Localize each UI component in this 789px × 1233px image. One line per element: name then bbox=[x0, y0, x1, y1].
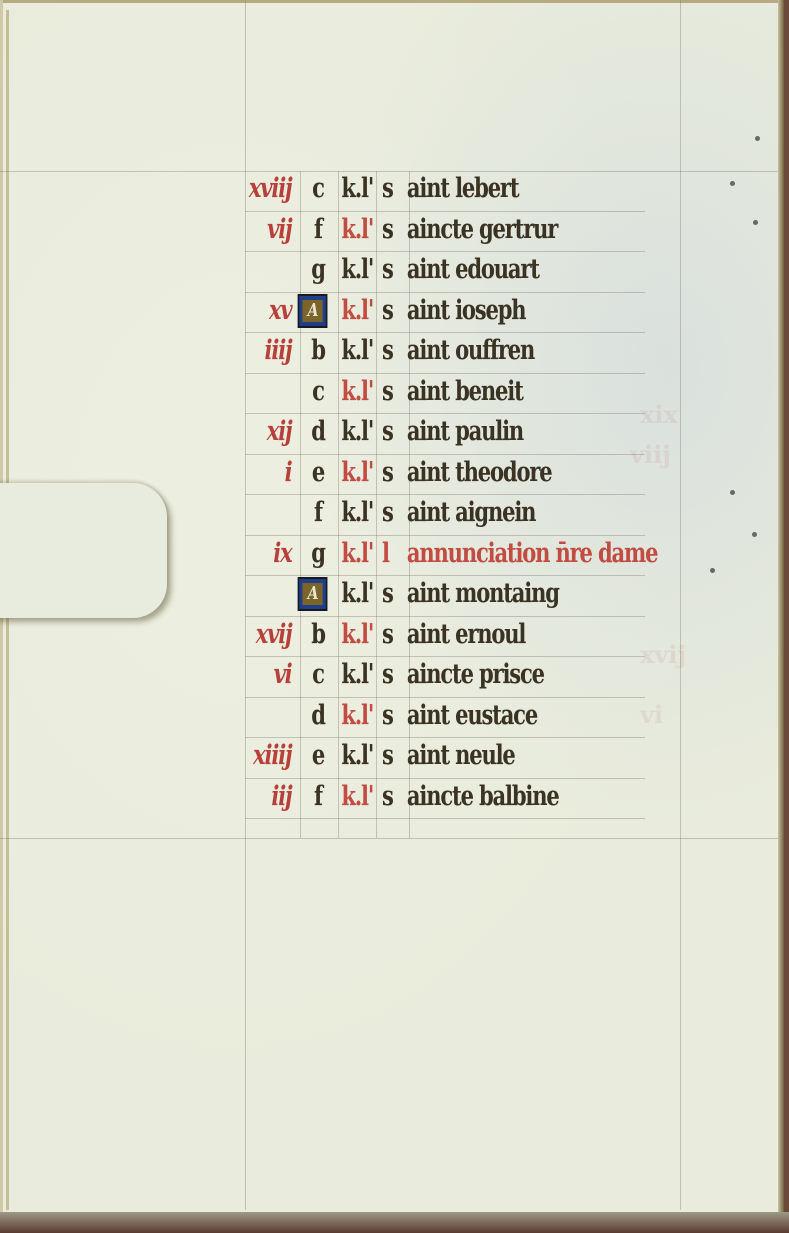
saint-name: aint neule bbox=[407, 737, 515, 775]
calendar-row: dk.l'saint eustace bbox=[240, 697, 599, 735]
saint-initial: s bbox=[382, 575, 393, 613]
show-through-text: viij bbox=[630, 440, 671, 469]
saint-name: aint lebert bbox=[407, 170, 519, 208]
kalends-mark: k.l' bbox=[341, 778, 373, 816]
illuminated-initial: A bbox=[298, 294, 328, 328]
dominical-letter: f bbox=[307, 778, 329, 816]
dominical-letter: c bbox=[307, 170, 329, 208]
golden-number: iij bbox=[240, 778, 291, 816]
ruling-bottom bbox=[0, 838, 784, 839]
stain-spot bbox=[753, 220, 758, 225]
kalends-mark: k.l' bbox=[341, 575, 373, 613]
saint-initial: s bbox=[382, 454, 393, 492]
calendar-row: gk.l'saint edouart bbox=[240, 251, 599, 289]
golden-number: vi bbox=[240, 656, 291, 694]
row-ruling bbox=[245, 818, 645, 819]
saint-initial: s bbox=[382, 656, 393, 694]
kalends-mark: k.l' bbox=[341, 535, 373, 573]
saint-name: aint eustace bbox=[407, 697, 537, 735]
saint-initial: s bbox=[382, 737, 393, 775]
show-through-text: xvij bbox=[640, 640, 686, 669]
kalends-mark: k.l' bbox=[341, 373, 373, 411]
calendar-row: xvAk.l'saint ioseph bbox=[240, 292, 599, 330]
saint-name: aint ernoul bbox=[407, 616, 525, 654]
dominical-letter: e bbox=[307, 737, 329, 775]
dominical-letter: g bbox=[307, 251, 329, 289]
saint-initial: s bbox=[382, 211, 393, 249]
saint-initial: s bbox=[382, 332, 393, 370]
golden-number: vij bbox=[240, 211, 291, 249]
dominical-letter: f bbox=[307, 211, 329, 249]
page-holder-tab bbox=[0, 483, 167, 618]
calendar-row: vick.l'saincte prisce bbox=[240, 656, 599, 694]
saint-initial: s bbox=[382, 373, 393, 411]
golden-number: iiij bbox=[240, 332, 291, 370]
show-through-text: vi bbox=[640, 700, 663, 729]
kalends-mark: k.l' bbox=[341, 494, 373, 532]
dominical-letter: c bbox=[307, 656, 329, 694]
saint-initial: s bbox=[382, 697, 393, 735]
golden-number: xviij bbox=[240, 170, 291, 208]
golden-number: ix bbox=[240, 535, 291, 573]
kalends-mark: k.l' bbox=[341, 292, 373, 330]
kalends-mark: k.l' bbox=[341, 332, 373, 370]
saint-name: aint edouart bbox=[407, 251, 539, 289]
saint-initial: s bbox=[382, 413, 393, 451]
kalends-mark: k.l' bbox=[341, 737, 373, 775]
kalends-mark: k.l' bbox=[341, 656, 373, 694]
calendar-row: xijdk.l'saint paulin bbox=[240, 413, 599, 451]
kalends-mark: k.l' bbox=[341, 697, 373, 735]
saint-name: aint ioseph bbox=[407, 292, 525, 330]
saint-initial: s bbox=[382, 292, 393, 330]
saint-name: aincte gertrur bbox=[407, 211, 557, 249]
saint-initial: s bbox=[382, 251, 393, 289]
stain-spot bbox=[710, 568, 715, 573]
dominical-letter: f bbox=[307, 494, 329, 532]
calendar-row: ixgk.l'lannunciation n̄re dame bbox=[240, 535, 599, 573]
calendar-row: xviijck.l'saint lebert bbox=[240, 170, 599, 208]
saint-name: aint paulin bbox=[407, 413, 523, 451]
dominical-letter: d bbox=[307, 697, 329, 735]
golden-number: xij bbox=[240, 413, 291, 451]
show-through-text: xix bbox=[640, 400, 678, 429]
kalends-mark: k.l' bbox=[341, 454, 373, 492]
dominical-letter: A bbox=[302, 300, 322, 322]
calendar-row: xiiijek.l'saint neule bbox=[240, 737, 599, 775]
calendar-row: iek.l'saint theodore bbox=[240, 454, 599, 492]
dominical-letter: e bbox=[307, 454, 329, 492]
stain-spot bbox=[730, 490, 735, 495]
calendar-row: vijfk.l'saincte gertrur bbox=[240, 211, 599, 249]
stain-spot bbox=[755, 136, 760, 141]
saint-name: aint theodore bbox=[407, 454, 552, 492]
calendar-row: iijfk.l'saincte balbine bbox=[240, 778, 599, 816]
kalends-mark: k.l' bbox=[341, 616, 373, 654]
saint-name: aincte prisce bbox=[407, 656, 544, 694]
stain-spot bbox=[752, 532, 757, 537]
feast-name-rubric: annunciation n̄re dame bbox=[407, 535, 657, 573]
saint-name: aincte balbine bbox=[407, 778, 559, 816]
ruling-right-margin bbox=[680, 0, 681, 1210]
golden-number: xiiij bbox=[240, 737, 291, 775]
kalends-mark: k.l' bbox=[341, 413, 373, 451]
kalends-mark: k.l' bbox=[341, 251, 373, 289]
calendar-row: ck.l'saint beneit bbox=[240, 373, 599, 411]
saint-initial: s bbox=[382, 170, 393, 208]
golden-number: xv bbox=[240, 292, 291, 330]
dominical-letter: A bbox=[302, 583, 322, 605]
calendar-row: Ak.l'saint montaing bbox=[240, 575, 599, 613]
dominical-letter: b bbox=[307, 332, 329, 370]
dominical-letter: g bbox=[307, 535, 329, 573]
saint-name: aint beneit bbox=[407, 373, 523, 411]
calendar-row: iiijbk.l'saint ouffren bbox=[240, 332, 599, 370]
saint-name: aint aignein bbox=[407, 494, 535, 532]
saint-initial: s bbox=[382, 494, 393, 532]
dominical-letter: b bbox=[307, 616, 329, 654]
saint-name: aint montaing bbox=[407, 575, 559, 613]
saint-initial: s bbox=[382, 616, 393, 654]
golden-number: xvij bbox=[240, 616, 291, 654]
saint-initial: l bbox=[382, 535, 389, 573]
binding-bottom-edge bbox=[0, 1212, 789, 1233]
dominical-letter: d bbox=[307, 413, 329, 451]
illuminated-initial: A bbox=[298, 577, 328, 611]
saint-initial: s bbox=[382, 778, 393, 816]
page-right-edge bbox=[778, 0, 784, 1222]
kalends-mark: k.l' bbox=[341, 211, 373, 249]
kalends-mark: k.l' bbox=[341, 170, 373, 208]
calendar-row: xvijbk.l'saint ernoul bbox=[240, 616, 599, 654]
dominical-letter: c bbox=[307, 373, 329, 411]
golden-number: i bbox=[240, 454, 291, 492]
saint-name: aint ouffren bbox=[407, 332, 534, 370]
calendar-row: fk.l'saint aignein bbox=[240, 494, 599, 532]
stain-spot bbox=[730, 181, 735, 186]
